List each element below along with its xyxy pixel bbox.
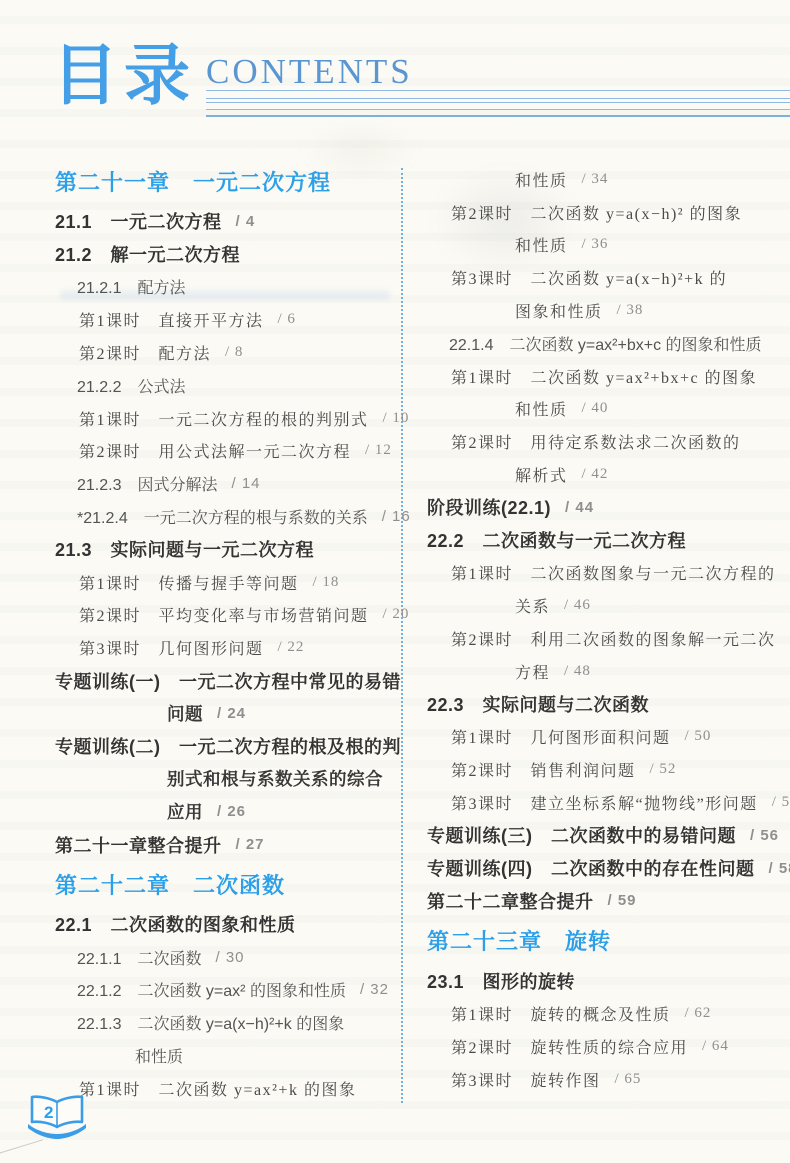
toc-entry: 和性质/ 34 (427, 163, 789, 196)
toc-entry: 23.1 图形的旋转 (427, 964, 789, 997)
toc-entry: 第1课时 二次函数 y=ax²+k 的图象 (55, 1072, 405, 1105)
toc-entry-page-number: / 65 (615, 1071, 642, 1088)
toc-entry: 21.2 解一元二次方程 (55, 238, 405, 271)
toc-entry-page-number: / 14 (232, 475, 261, 492)
toc-entry: 第二十一章整合提升/ 27 (55, 828, 405, 861)
toc-entry-text: 专题训练(一) 一元二次方程中常见的易错 (55, 668, 401, 694)
toc-entry-text: *21.2.4 一元二次方程的根与系数的关系 (77, 505, 368, 528)
toc-entry-text: 第1课时 二次函数 y=ax²+bx+c 的图象 (451, 365, 757, 388)
toc-entry-text: 第3课时 建立坐标系解“抛物线”形问题 (451, 791, 758, 814)
toc-entry-text: 第二十一章整合提升 (55, 832, 222, 858)
toc-entry: 第1课时 一元二次方程的根的判别式/ 10 (55, 402, 405, 435)
toc-entry-page-number: / 56 (750, 827, 779, 844)
toc-entry: 第3课时 建立坐标系解“抛物线”形问题/ 54 (427, 786, 789, 819)
toc-entry-text: 第2课时 用待定系数法求二次函数的 (451, 430, 741, 453)
toc-entry-page-number: / 38 (617, 302, 644, 319)
toc-entry-text: 第1课时 旋转的概念及性质 (451, 1002, 671, 1025)
toc-entry-text: 22.1.4 二次函数 y=ax²+bx+c 的图象和性质 (449, 332, 762, 355)
toc-entry: 第2课时 二次函数 y=a(x−h)² 的图象 (427, 196, 789, 229)
toc-entry-text: 22.1.3 二次函数 y=a(x−h)²+k 的图象 (77, 1011, 344, 1034)
toc-entry: 第3课时 二次函数 y=a(x−h)²+k 的 (427, 261, 789, 294)
toc-entry: 22.1.1 二次函数/ 30 (55, 941, 405, 974)
toc-entry-page-number: / 18 (313, 574, 340, 591)
toc-entry-text: 第1课时 传播与握手等问题 (79, 571, 299, 594)
toc-entry-page-number: / 58 (769, 860, 790, 877)
toc-entry-page-number: / 40 (582, 400, 609, 417)
page-title-en: CONTENTS (206, 52, 413, 92)
toc-right-column: 和性质/ 34第2课时 二次函数 y=a(x−h)² 的图象和性质/ 36第3课… (427, 163, 789, 1096)
toc-entry: 第3课时 旋转作图/ 65 (427, 1063, 789, 1096)
toc-entry-text: 阶段训练(22.1) (427, 494, 551, 520)
toc-entry-page-number: / 32 (360, 981, 389, 998)
toc-entry: 21.2.1 配方法 (55, 271, 405, 304)
toc-entry-page-number: / 36 (582, 236, 609, 253)
toc-entry-page-number: / 12 (365, 442, 392, 459)
toc-entry-text: 22.1.2 二次函数 y=ax² 的图象和性质 (77, 978, 346, 1001)
toc-entry: 21.1 一元二次方程/ 4 (55, 205, 405, 238)
toc-entry-text: 问题 (167, 701, 203, 726)
toc-entry-page-number: / 6 (278, 311, 296, 328)
toc-entry-page-number: / 46 (564, 597, 591, 614)
toc-entry: 21.2.2 公式法 (55, 369, 405, 402)
toc-entry: 专题训练(二) 一元二次方程的根及根的判 (55, 730, 405, 763)
toc-entry-text: 和性质 (135, 1044, 183, 1067)
toc-entry-text: 第3课时 二次函数 y=a(x−h)²+k 的 (451, 266, 727, 289)
toc-entry: 第3课时 几何图形问题/ 22 (55, 631, 405, 664)
toc-entry-page-number: / 48 (564, 663, 591, 680)
toc-entry: 第2课时 旋转性质的综合应用/ 64 (427, 1030, 789, 1063)
toc-entry: 22.1.4 二次函数 y=ax²+bx+c 的图象和性质 (427, 327, 789, 360)
header-rule-lines (206, 90, 790, 117)
toc-entry-page-number: / 34 (582, 171, 609, 188)
toc-entry: 第1课时 传播与握手等问题/ 18 (55, 566, 405, 599)
toc-entry-text: 第2课时 平均变化率与市场营销问题 (79, 603, 369, 626)
toc-entry-text: 图象和性质 (515, 299, 603, 322)
toc-entry-text: 和性质 (515, 397, 568, 420)
page-number-book-icon: 2 (26, 1090, 88, 1140)
toc-entry-page-number: / 44 (565, 499, 594, 516)
toc-entry-page-number: / 8 (225, 344, 243, 361)
toc-entry-text: 第1课时 二次函数图象与一元二次方程的 (451, 561, 776, 584)
toc-entry-page-number: / 10 (383, 410, 410, 427)
toc-entry-text: 解析式 (515, 463, 568, 486)
toc-entry-text: 21.2.2 公式法 (77, 374, 186, 397)
toc-entry-text: 第2课时 配方法 (79, 341, 211, 364)
toc-entry-page-number: / 20 (383, 606, 410, 623)
toc-entry: 别式和根与系数关系的综合 (55, 763, 405, 796)
toc-entry-page-number: / 52 (650, 761, 677, 778)
toc-entry: 第二十二章 二次函数 (55, 861, 405, 908)
toc-entry: 第2课时 用公式法解一元二次方程/ 12 (55, 435, 405, 468)
toc-entry-text: 和性质 (515, 233, 568, 256)
toc-entry-text: 23.1 图形的旋转 (427, 968, 575, 994)
toc-entry: 应用/ 26 (55, 795, 405, 828)
toc-entry: 21.3 实际问题与一元二次方程 (55, 533, 405, 566)
toc-entry-text: 第1课时 一元二次方程的根的判别式 (79, 407, 369, 430)
toc-entry-text: 第3课时 旋转作图 (451, 1068, 601, 1091)
toc-entry-text: 21.2 解一元二次方程 (55, 241, 240, 267)
toc-entry: 22.3 实际问题与二次函数 (427, 688, 789, 721)
toc-entry: 方程/ 48 (427, 655, 789, 688)
toc-entry-text: 第二十二章 二次函数 (55, 869, 285, 900)
toc-entry-text: 第1课时 直接开平方法 (79, 308, 264, 331)
toc-entry-page-number: / 30 (216, 949, 245, 966)
toc-entry-text: 专题训练(三) 二次函数中的易错问题 (427, 822, 736, 848)
toc-entry-text: 第二十一章 一元二次方程 (55, 166, 331, 197)
toc-entry-text: 第1课时 几何图形面积问题 (451, 725, 671, 748)
toc-page: 目录 CONTENTS 第二十一章 一元二次方程21.1 一元二次方程/ 421… (0, 0, 790, 1163)
toc-entry: 第1课时 几何图形面积问题/ 50 (427, 721, 789, 754)
toc-entry-page-number: / 50 (685, 728, 712, 745)
toc-entry: 和性质 (55, 1039, 405, 1072)
toc-entry-text: 22.1.1 二次函数 (77, 946, 202, 969)
toc-entry: 解析式/ 42 (427, 458, 789, 491)
toc-entry-text: 第2课时 二次函数 y=a(x−h)² 的图象 (451, 201, 742, 224)
toc-entry: 第二十三章 旋转 (427, 917, 789, 964)
toc-entry-page-number: / 27 (236, 836, 265, 853)
toc-entry-page-number: / 64 (702, 1038, 729, 1055)
toc-entry-text: 22.2 二次函数与一元二次方程 (427, 527, 686, 553)
toc-entry-text: 22.1 二次函数的图象和性质 (55, 911, 296, 937)
toc-entry-text: 专题训练(四) 二次函数中的存在性问题 (427, 855, 755, 881)
toc-entry: 第2课时 平均变化率与市场营销问题/ 20 (55, 599, 405, 632)
toc-entry-page-number: / 16 (382, 508, 411, 525)
toc-entry: *21.2.4 一元二次方程的根与系数的关系/ 16 (55, 500, 405, 533)
toc-entry: 专题训练(三) 二次函数中的易错问题/ 56 (427, 819, 789, 852)
toc-entry-page-number: / 22 (278, 639, 305, 656)
toc-entry: 第二十二章整合提升/ 59 (427, 885, 789, 918)
toc-entry-text: 方程 (515, 660, 550, 683)
toc-entry: 22.2 二次函数与一元二次方程 (427, 524, 789, 557)
toc-entry-text: 关系 (515, 594, 550, 617)
toc-entry: 专题训练(一) 一元二次方程中常见的易错 (55, 664, 405, 697)
toc-entry-text: 别式和根与系数关系的综合 (167, 766, 383, 791)
toc-entry: 关系/ 46 (427, 589, 789, 622)
toc-entry-text: 第2课时 用公式法解一元二次方程 (79, 439, 351, 462)
toc-entry: 22.1.3 二次函数 y=a(x−h)²+k 的图象 (55, 1006, 405, 1039)
toc-entry-page-number: / 59 (608, 892, 637, 909)
toc-left-column: 第二十一章 一元二次方程21.1 一元二次方程/ 421.2 解一元二次方程21… (55, 158, 405, 1105)
toc-entry-text: 第二十二章整合提升 (427, 888, 594, 914)
toc-entry: 专题训练(四) 二次函数中的存在性问题/ 58 (427, 852, 789, 885)
toc-entry: 21.2.3 因式分解法/ 14 (55, 467, 405, 500)
toc-entry: 第1课时 直接开平方法/ 6 (55, 303, 405, 336)
toc-entry: 第2课时 销售利润问题/ 52 (427, 753, 789, 786)
toc-entry-page-number: / 42 (582, 466, 609, 483)
toc-entry: 22.1 二次函数的图象和性质 (55, 908, 405, 941)
toc-entry-text: 22.3 实际问题与二次函数 (427, 691, 649, 717)
toc-entry: 图象和性质/ 38 (427, 294, 789, 327)
scan-scratch-line (0, 1139, 43, 1153)
toc-entry: 问题/ 24 (55, 697, 405, 730)
toc-entry: 第1课时 二次函数图象与一元二次方程的 (427, 557, 789, 590)
page-number: 2 (44, 1103, 53, 1122)
toc-entry: 第二十一章 一元二次方程 (55, 158, 405, 205)
toc-entry: 第2课时 配方法/ 8 (55, 336, 405, 369)
page-title-cn: 目录 (52, 42, 196, 108)
toc-entry-text: 21.2.1 配方法 (77, 275, 186, 298)
toc-entry-text: 和性质 (515, 168, 568, 191)
toc-entry-text: 第2课时 销售利润问题 (451, 758, 636, 781)
toc-entry-page-number: / 26 (217, 803, 246, 820)
toc-entry-text: 专题训练(二) 一元二次方程的根及根的判 (55, 733, 401, 759)
toc-entry-text: 21.3 实际问题与一元二次方程 (55, 536, 314, 562)
toc-entry-text: 第二十三章 旋转 (427, 925, 611, 956)
toc-entry-text: 第3课时 几何图形问题 (79, 636, 264, 659)
toc-entry-text: 21.1 一元二次方程 (55, 208, 222, 234)
toc-entry: 第1课时 旋转的概念及性质/ 62 (427, 997, 789, 1030)
toc-entry-page-number: / 62 (685, 1005, 712, 1022)
toc-entry: 第2课时 利用二次函数的图象解一元二次 (427, 622, 789, 655)
toc-entry-page-number: / 4 (236, 213, 256, 230)
toc-entry: 和性质/ 36 (427, 229, 789, 262)
toc-entry: 和性质/ 40 (427, 393, 789, 426)
toc-entry-text: 应用 (167, 799, 203, 824)
toc-entry: 第1课时 二次函数 y=ax²+bx+c 的图象 (427, 360, 789, 393)
toc-entry-text: 21.2.3 因式分解法 (77, 472, 218, 495)
toc-entry-text: 第2课时 旋转性质的综合应用 (451, 1035, 688, 1058)
toc-entry-text: 第2课时 利用二次函数的图象解一元二次 (451, 627, 776, 650)
toc-entry-page-number: / 54 (772, 794, 790, 811)
toc-entry: 22.1.2 二次函数 y=ax² 的图象和性质/ 32 (55, 974, 405, 1007)
toc-entry: 第2课时 用待定系数法求二次函数的 (427, 425, 789, 458)
toc-entry-page-number: / 24 (217, 705, 246, 722)
toc-entry: 阶段训练(22.1)/ 44 (427, 491, 789, 524)
toc-entry-text: 第1课时 二次函数 y=ax²+k 的图象 (79, 1077, 356, 1100)
